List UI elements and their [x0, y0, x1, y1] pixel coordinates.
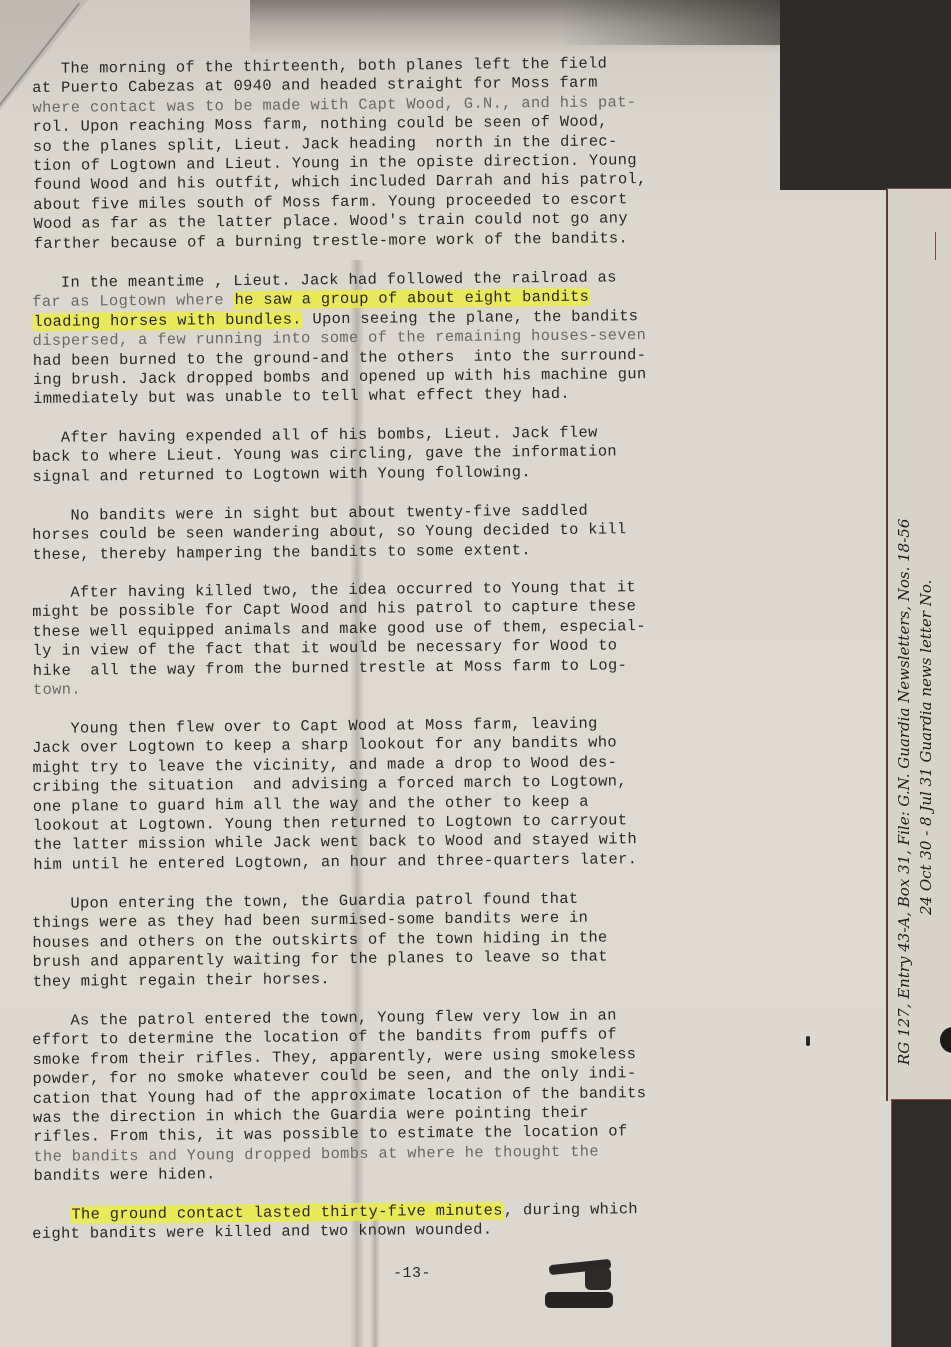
ink-smudge: [545, 1262, 615, 1312]
highlighted-text: he saw a group of about eight bandits: [233, 288, 590, 309]
text-segment: , during which: [504, 1200, 638, 1219]
paragraph-1: The morning of the thirteenth, both plan…: [32, 53, 794, 254]
scanned-page: RG 127, Entry 43-A, Box 31, File: G.N. G…: [0, 0, 951, 1347]
text-segment: far as Logtown where: [32, 291, 233, 311]
annotation-line-1: RG 127, Entry 43-A, Box 31, File: G.N. G…: [893, 519, 915, 1065]
ink-speck: [806, 1036, 810, 1046]
typed-body: The morning of the thirteenth, both plan…: [32, 60, 792, 1264]
right-bottom-dark-region: [891, 1099, 951, 1347]
paragraph-8: As the patrol entered the town, Young fl…: [32, 1004, 794, 1186]
handwritten-archive-annotation: RG 127, Entry 43-A, Box 31, File: G.N. G…: [893, 519, 937, 1065]
paragraph-4: No bandits were in sight but about twent…: [32, 499, 793, 565]
paragraph-7: Upon entering the town, the Guardia patr…: [32, 888, 793, 992]
highlighted-text: loading horses with bundles.: [32, 310, 303, 331]
text-segment: Upon seeing the plane, the bandits: [303, 307, 639, 328]
page-number: -13-: [393, 1265, 431, 1282]
slip-mark: [935, 232, 936, 260]
right-top-dark-region: [780, 0, 951, 190]
paragraph-2: In the meantime , Lieut. Jack had follow…: [32, 266, 793, 409]
paragraph-3: After having expended all of his bombs, …: [32, 422, 793, 488]
paragraph-6: Young then flew over to Capt Wood at Mos…: [32, 713, 793, 876]
paragraph-9: The ground contact lasted thirty-five mi…: [32, 1198, 792, 1244]
highlighted-text: The ground contact lasted thirty-five mi…: [70, 1201, 504, 1223]
annotation-line-2: 24 Oct 30 - 8 Jul 31 Guardia news letter…: [915, 519, 937, 1065]
paragraph-5: After having killed two, the idea occurr…: [32, 577, 793, 701]
